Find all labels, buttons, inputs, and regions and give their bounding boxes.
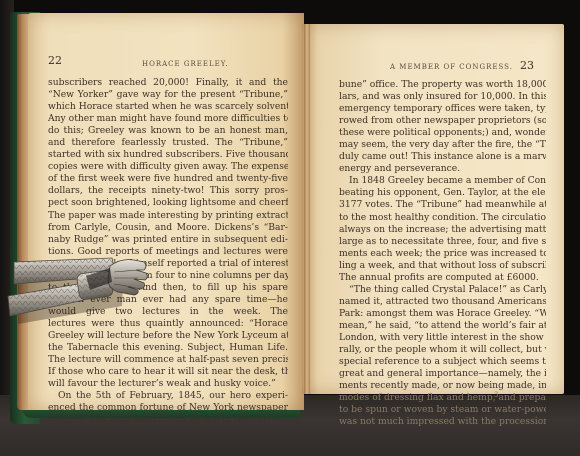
text-line: ments recently made, or now being made, … (339, 380, 546, 392)
text-line: and therefore fearlessly trusted. The “T… (48, 137, 288, 149)
text-line: bune” office. The property was worth 18,… (339, 79, 546, 91)
text-line: lars, and was only insured for 10,000. I… (339, 91, 546, 103)
text-line: modes of dressing flax and hemp, and pre… (339, 392, 546, 404)
text-line: will favour the lecturer’s weak and husk… (48, 378, 288, 390)
text-line: special reference to a subject which see… (339, 356, 546, 368)
text-line: The annual profits are computed at £6000… (339, 272, 546, 284)
text-line: started with six hundred subscribers. Fi… (48, 149, 288, 161)
text-line: In 1848 Greeley became a member of Congr… (339, 175, 546, 187)
text-line: beating his opponent, Gen. Taylor, at th… (339, 187, 546, 199)
text-line: mean,” he said, “to attend the world’s f… (339, 320, 546, 332)
text-line: Any other man might have found more diff… (48, 113, 288, 125)
text-line: was not much impressed with the processi… (339, 416, 546, 428)
text-line: emergency temporary offices were taken, … (339, 103, 546, 115)
text-line: If those who care to hear it will sit ne… (48, 366, 288, 378)
text-line: the Tabernacle this evening. Subject, Hu… (48, 342, 288, 354)
text-line: always on the increase; the advertising … (339, 224, 546, 236)
text-line: at Utica, sending from four to nine colu… (48, 270, 288, 282)
text-line: would give two lectures in the week. The (48, 306, 288, 318)
text-line: lectures were thus quaintly announced: “… (48, 318, 288, 330)
text-line: rally, or the people whom it will collec… (339, 344, 546, 356)
text-line: secured. Greeley himself reported a tria… (48, 258, 288, 270)
text-line: named it, attracted two thousand America… (339, 296, 546, 308)
book-gutter (304, 24, 310, 394)
text-line: naby Rudge” was printed entire in subseq… (48, 234, 288, 246)
text-line: which Horace started when he was scarcel… (48, 101, 288, 113)
text-line: large as to necessitate three, four, and… (339, 236, 546, 248)
text-line: “New Yorker” gave way for the present “T… (48, 89, 288, 101)
right-running-head: A MEMBER OF CONGRESS. (390, 63, 513, 71)
text-line: owners—the total destruction by fire of … (48, 414, 288, 426)
text-line: from Carlyle, Cousin, and Moore. Dickens… (48, 222, 288, 234)
text-line: to the most healthy condition. The circu… (339, 212, 546, 224)
text-line: pect soon brightened, looking lightsome … (48, 197, 288, 209)
text-line: Park: amongst them was Horace Greeley. “… (339, 308, 546, 320)
text-line: these were political opponents;) and, wo… (339, 127, 546, 139)
text-line: ling a week, and that without loss of su… (339, 260, 546, 272)
left-page-number: 22 (48, 54, 62, 67)
text-line: copies were with difficulty given away. … (48, 161, 288, 173)
text-line: subscribers reached 20,000! Finally, it … (48, 77, 288, 89)
text-line: On the 5th of February, 1845, our hero e… (48, 390, 288, 402)
text-line: London, with very little interest in the… (339, 332, 546, 344)
text-line: Greeley will lecture before the New York… (48, 330, 288, 342)
text-line: ments each week; the price was increased… (339, 248, 546, 260)
text-line: to be spun or woven by steam or water-po… (339, 404, 546, 416)
right-page-number: 23 (520, 59, 534, 72)
text-line: do this; Greeley was known to be an hone… (48, 125, 288, 137)
text-line: 3177 votes. The “Tribune” had meanwhile … (339, 199, 546, 211)
text-line: tions. Good reports of meetings and lect… (48, 246, 288, 258)
left-running-head: HORACE GREELEY. (142, 60, 229, 68)
text-line: great and general importance—namely, the… (339, 368, 546, 380)
text-line: The paper was made interesting by printi… (48, 210, 288, 222)
text-line: may seem, the very day after the fire, t… (339, 139, 546, 151)
text-line: to the “Tribune.” And then, to fill up h… (48, 282, 288, 294)
left-page-text: subscribers reached 20,000! Finally, it … (48, 77, 288, 426)
right-page-text: bune” office. The property was worth 18,… (339, 79, 546, 428)
text-line: dollars, the receipts ninety-two! This s… (48, 185, 288, 197)
text-line: The lecture will commence at half-past s… (48, 354, 288, 366)
signature-mark: 3 (494, 391, 498, 399)
text-line: rowed from other newspaper proprietors (… (339, 115, 546, 127)
text-line: time—if ever man ever had any spare time… (48, 294, 288, 306)
text-line: energy and perseverance. (339, 163, 546, 175)
text-line: “The thing called Crystal Palace!” as Ca… (339, 284, 546, 296)
text-line: duly came out! This instance alone is a … (339, 151, 546, 163)
text-line: of the first week were five hundred and … (48, 173, 288, 185)
text-line: enced the common fortune of New York new… (48, 402, 288, 414)
